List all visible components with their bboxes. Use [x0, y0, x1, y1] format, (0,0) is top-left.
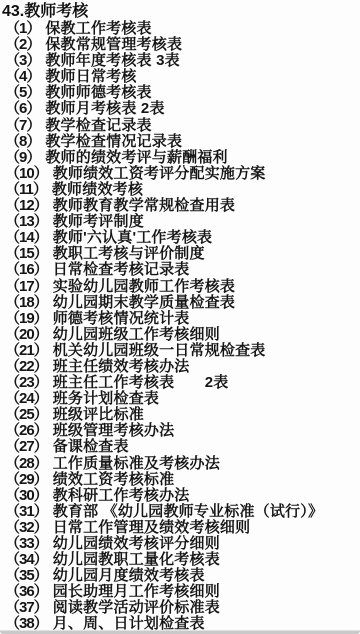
bottom-edge-strip: [0, 630, 360, 634]
item-label: 班务计划检查表: [53, 390, 159, 407]
list-item: （31）教育部 《幼儿园教师专业标准（试行）》: [5, 504, 360, 520]
item-label: 幼儿园教职工量化考核表: [53, 551, 220, 568]
item-number: （24）: [5, 391, 48, 407]
item-label: 教师日常考核: [45, 68, 136, 85]
list-item: （11）教师绩效考核: [5, 182, 360, 198]
list-item: （23）班主任工作考核表 2表: [5, 375, 360, 391]
item-label: 日常检查考核记录表: [53, 261, 190, 278]
item-number: （10）: [5, 166, 48, 182]
item-number: （12）: [5, 198, 48, 214]
item-number: （32）: [5, 520, 48, 536]
list-item: （4）教师日常考核: [5, 69, 360, 85]
item-number: （25）: [5, 407, 48, 423]
item-number: （7）: [5, 118, 40, 134]
list-item: （35）幼儿园月度绩效考核表: [5, 568, 360, 584]
list-item: （36）园长助理月工作考核细则: [5, 584, 360, 600]
item-label: 教师师德考核表: [45, 84, 151, 101]
item-label: 工作质量标准及考核办法: [53, 455, 220, 472]
item-label: 幼儿园班级工作考核细则: [53, 326, 220, 343]
list-item: （33）幼儿园绩效考核评分细则: [5, 536, 360, 552]
list-item: （16）日常检查考核记录表: [5, 262, 360, 278]
item-label: 教师'六认真'工作考核表: [53, 229, 213, 246]
item-number: （4）: [5, 69, 40, 85]
item-label: 教育部 《幼儿园教师专业标准（试行）》: [53, 503, 323, 520]
list-item: （17）实验幼儿园教师工作考核表: [5, 279, 360, 295]
item-label: 班级管理考核办法: [53, 422, 175, 439]
list-item: （19）师德考核情况统计表: [5, 311, 360, 327]
item-number: （27）: [5, 439, 48, 455]
list-item: （21）机关幼儿园班级一日常规检查表: [5, 343, 360, 359]
item-number: （11）: [5, 182, 47, 198]
list-item: （10）教师绩效工资考评分配实施方案: [5, 166, 360, 182]
item-number: （18）: [5, 295, 48, 311]
item-number: （8）: [5, 134, 40, 150]
item-number: （14）: [5, 230, 48, 246]
item-label: 保教工作考核表: [45, 20, 151, 37]
item-label: 师德考核情况统计表: [53, 310, 190, 327]
item-label: 班主任工作考核表 2表: [53, 374, 229, 391]
list-item: （29）绩效工资考核标准: [5, 472, 360, 488]
item-label: 幼儿园绩效考核评分细则: [53, 535, 220, 552]
item-label: 教科研工作考核办法: [53, 487, 190, 504]
item-label: 教学检查记录表: [45, 117, 151, 134]
item-label: 教师考评制度: [53, 213, 144, 230]
list-item: （22）班主任绩效考核办法: [5, 359, 360, 375]
list-item: （18）幼儿园期末教学质量检查表: [5, 295, 360, 311]
list-item: （30）教科研工作考核办法: [5, 488, 360, 504]
list-item: （8）教学检查情况记录表: [5, 134, 360, 150]
item-label: 阅读教学活动评价标准表: [53, 599, 220, 616]
item-number: （30）: [5, 488, 48, 504]
item-label: 绩效工资考核标准: [53, 471, 175, 488]
item-number: （22）: [5, 359, 48, 375]
list-item: （32）日常工作管理及绩效考核细则: [5, 520, 360, 536]
document-page: 43.教师考核 （1）保教工作考核表（2）保教常规管理考核表（3）教师年度考核表…: [0, 0, 360, 634]
item-label: 日常工作管理及绩效考核细则: [53, 519, 251, 536]
item-number: （29）: [5, 472, 48, 488]
list-item: （9）教师的绩效考评与薪酬福利: [5, 150, 360, 166]
list-item: （1）保教工作考核表: [5, 21, 360, 37]
item-number: （16）: [5, 262, 48, 278]
item-label: 教职工考核与评价制度: [53, 245, 205, 262]
item-label: 幼儿园期末教学质量检查表: [53, 294, 235, 311]
item-number: （2）: [5, 37, 40, 53]
item-number: （21）: [5, 343, 48, 359]
item-number: （15）: [5, 246, 48, 262]
item-number: （6）: [5, 101, 40, 117]
list-item: （34）幼儿园教职工量化考核表: [5, 552, 360, 568]
list-item: （6）教师月考核表 2表: [5, 101, 360, 117]
item-number: （19）: [5, 311, 48, 327]
item-label: 实验幼儿园教师工作考核表: [53, 278, 235, 295]
item-number: （20）: [5, 327, 48, 343]
list-item: （3）教师年度考核表 3表: [5, 53, 360, 69]
item-label: 教师年度考核表 3表: [45, 52, 180, 69]
item-number: （13）: [5, 214, 48, 230]
list-item: （7）教学检查记录表: [5, 118, 360, 134]
item-number: （3）: [5, 53, 40, 69]
item-label: 教学检查情况记录表: [45, 133, 182, 150]
list-item: （2）保教常规管理考核表: [5, 37, 360, 53]
page-title: 43.教师考核: [0, 0, 360, 21]
list-item: （25）班级评比标准: [5, 407, 360, 423]
list-item: （13）教师考评制度: [5, 214, 360, 230]
item-number: （33）: [5, 536, 48, 552]
item-label: 教师的绩效考评与薪酬福利: [45, 149, 227, 166]
item-number: （9）: [5, 150, 40, 166]
item-label: 教师教育教学常规检查用表: [53, 197, 235, 214]
item-label: 教师月考核表 2表: [45, 100, 164, 117]
item-label: 幼儿园月度绩效考核表: [53, 567, 205, 584]
item-number: （17）: [5, 279, 48, 295]
item-label: 备课检查表: [53, 438, 129, 455]
list-item: （24）班务计划检查表: [5, 391, 360, 407]
item-number: （31）: [5, 504, 48, 520]
item-label: 教师绩效考核: [52, 181, 143, 198]
item-number: （1）: [5, 21, 40, 37]
item-label: 班主任绩效考核办法: [53, 358, 190, 375]
list-item: （27）备课检查表: [5, 439, 360, 455]
catalog-list: （1）保教工作考核表（2）保教常规管理考核表（3）教师年度考核表 3表（4）教师…: [0, 21, 360, 633]
item-number: （36）: [5, 584, 48, 600]
item-label: 园长助理月工作考核细则: [53, 583, 220, 600]
list-item: （20）幼儿园班级工作考核细则: [5, 327, 360, 343]
item-label: 保教常规管理考核表: [45, 36, 182, 53]
item-label: 教师绩效工资考评分配实施方案: [53, 165, 266, 182]
item-label: 机关幼儿园班级一日常规检查表: [53, 342, 266, 359]
item-number: （34）: [5, 552, 48, 568]
list-item: （12）教师教育教学常规检查用表: [5, 198, 360, 214]
list-item: （14）教师'六认真'工作考核表: [5, 230, 360, 246]
item-label: 班级评比标准: [53, 406, 144, 423]
item-number: （23）: [5, 375, 48, 391]
list-item: （28）工作质量标准及考核办法: [5, 456, 360, 472]
list-item: （15）教职工考核与评价制度: [5, 246, 360, 262]
item-number: （28）: [5, 456, 48, 472]
item-number: （35）: [5, 568, 48, 584]
